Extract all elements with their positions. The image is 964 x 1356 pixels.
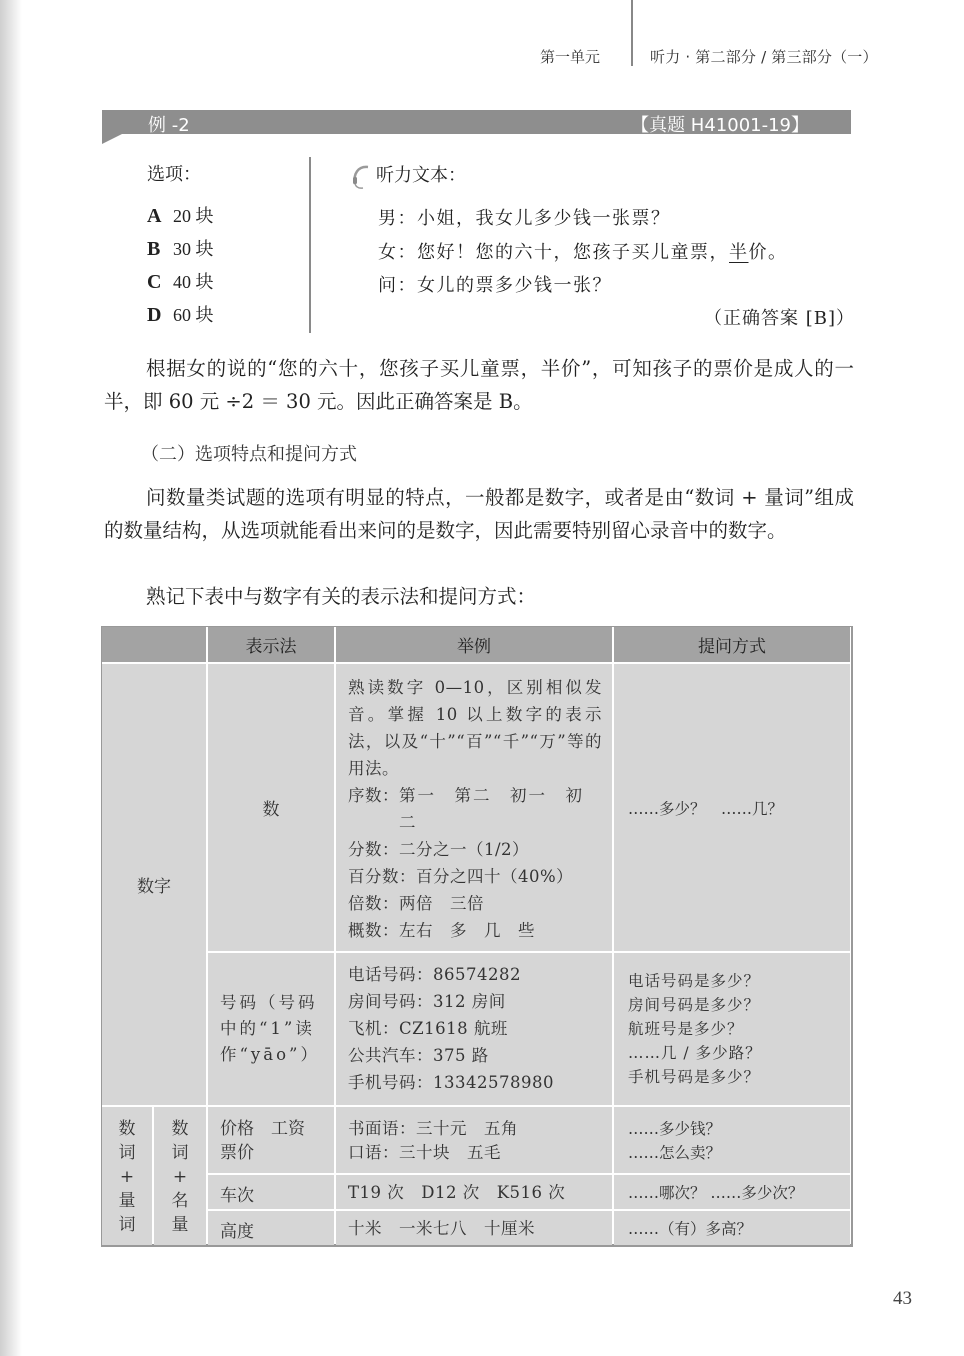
question-cell-height: ……（有）多高？ (614, 1211, 850, 1245)
example-fraction: 分数：二分之一（1/2） (348, 836, 602, 863)
transcript-title: 听力文本： (376, 161, 466, 187)
transcript-line-question: 问：女儿的票多少钱一张？ (378, 271, 612, 297)
method-cell-train: 车次 (208, 1175, 334, 1209)
example-cell-number: 熟读数字 0—10，区别相似发音。掌握 10 以上数字的表示法，以及“十”“百”… (336, 664, 612, 951)
option-a: A20 块 (147, 200, 214, 233)
example-banner: 例 -2 【真题 H41001-19】 (102, 110, 851, 134)
page-number: 43 (893, 1288, 912, 1310)
option-c: C40 块 (147, 266, 214, 299)
example-flight: 飞机：CZ1618 航班 (348, 1015, 600, 1042)
transcript-line-woman: 女：您好！您的六十，您孩子买儿童票，半价。 (378, 238, 788, 264)
number-expressions-table: 表示法 举例 提问方式 数字 数 熟读数字 0—10，区别相似发音。掌握 10 … (101, 626, 853, 1247)
underlined-keyword: 半 (729, 242, 749, 263)
banner-tail (102, 134, 122, 144)
method-cell-height: 高度 (208, 1211, 334, 1245)
body-paragraph-2: 熟记下表中与数字有关的表示法和提问方式： (104, 580, 854, 613)
method-cell-price: 价格 工资 票价 (208, 1107, 334, 1173)
header-unit: 第一单元 (540, 46, 600, 67)
table-header-method: 表示法 (208, 627, 334, 662)
example-room: 房间号码：312 房间 (348, 988, 600, 1015)
headset-icon (352, 164, 370, 190)
group-label-numeral-measure: 数 词 + 名 量 (154, 1107, 206, 1245)
example-approx: 概数：左右 多 几 些 (348, 917, 602, 944)
table-header-blank (102, 627, 206, 662)
method-cell-code: 号码（号码中的“1”读作“yāo”） (208, 953, 334, 1105)
example-bus: 公共汽车：375 路 (348, 1042, 600, 1069)
options-list: 选项： A20 块 B30 块 C40 块 D60 块 (147, 160, 214, 332)
group-label-numbers: 数字 (102, 664, 206, 1105)
option-d: D60 块 (147, 299, 214, 332)
body-paragraph-1: 问数量类试题的选项有明显的特点，一般都是数字，或者是由“数词 + 量词”组成的数… (104, 481, 854, 547)
question-cell-train: ……哪次？ ……多少次？ (614, 1175, 850, 1209)
example-percent: 百分数：百分之四十（40%） (348, 863, 602, 890)
header-section: 听力 · 第二部分 / 第三部分（一） (650, 46, 878, 67)
question-cell-price: ……多少钱？ ……怎么卖？ (614, 1107, 850, 1173)
options-title: 选项： (147, 160, 214, 186)
example-cell-code: 电话号码：86574282 房间号码：312 房间 飞机：CZ1618 航班 公… (336, 953, 612, 1105)
option-b: B30 块 (147, 233, 214, 266)
table-header-question: 提问方式 (614, 627, 850, 662)
method-cell-number: 数 (208, 664, 334, 951)
example-intro: 熟读数字 0—10，区别相似发音。掌握 10 以上数字的表示法，以及“十”“百”… (348, 674, 602, 782)
example-mobile: 手机号码：13342578980 (348, 1069, 600, 1096)
example-label: 例 -2 (148, 111, 190, 137)
header-divider (631, 0, 633, 66)
example-ordinal: 序数： 第一 第二 初一 初二 (348, 782, 602, 836)
explanation-paragraph: 根据女的说的“您的六十，您孩子买儿童票，半价”，可知孩子的票价是成人的一半，即 … (104, 352, 854, 418)
question-cell-number: ……多少？ ……几？ (614, 664, 850, 951)
example-source: 【真题 H41001-19】 (631, 111, 809, 137)
correct-answer: （正确答案 [B]） (704, 304, 855, 330)
transcript-line-man: 男：小姐，我女儿多少钱一张票？ (378, 204, 671, 230)
table-header-example: 举例 (336, 627, 612, 662)
page-binding-shadow (0, 0, 22, 1356)
column-divider (309, 157, 311, 333)
example-cell-train: T19 次 D12 次 K516 次 (336, 1175, 612, 1209)
example-cell-price: 书面语：三十元 五角 口语：三十块 五毛 (336, 1107, 612, 1173)
section-subheading: （二）选项特点和提问方式 (141, 440, 357, 466)
example-cell-height: 十米 一米七八 十厘米 (336, 1211, 612, 1245)
group-label-numeral-classifier: 数 词 + 量 词 (102, 1107, 152, 1245)
example-multiple: 倍数：两倍 三倍 (348, 890, 602, 917)
example-phone: 电话号码：86574282 (348, 961, 600, 988)
question-cell-code: 电话号码是多少？ 房间号码是多少？ 航班号是多少？ ……几 / 多少路？ 手机号… (614, 953, 850, 1105)
